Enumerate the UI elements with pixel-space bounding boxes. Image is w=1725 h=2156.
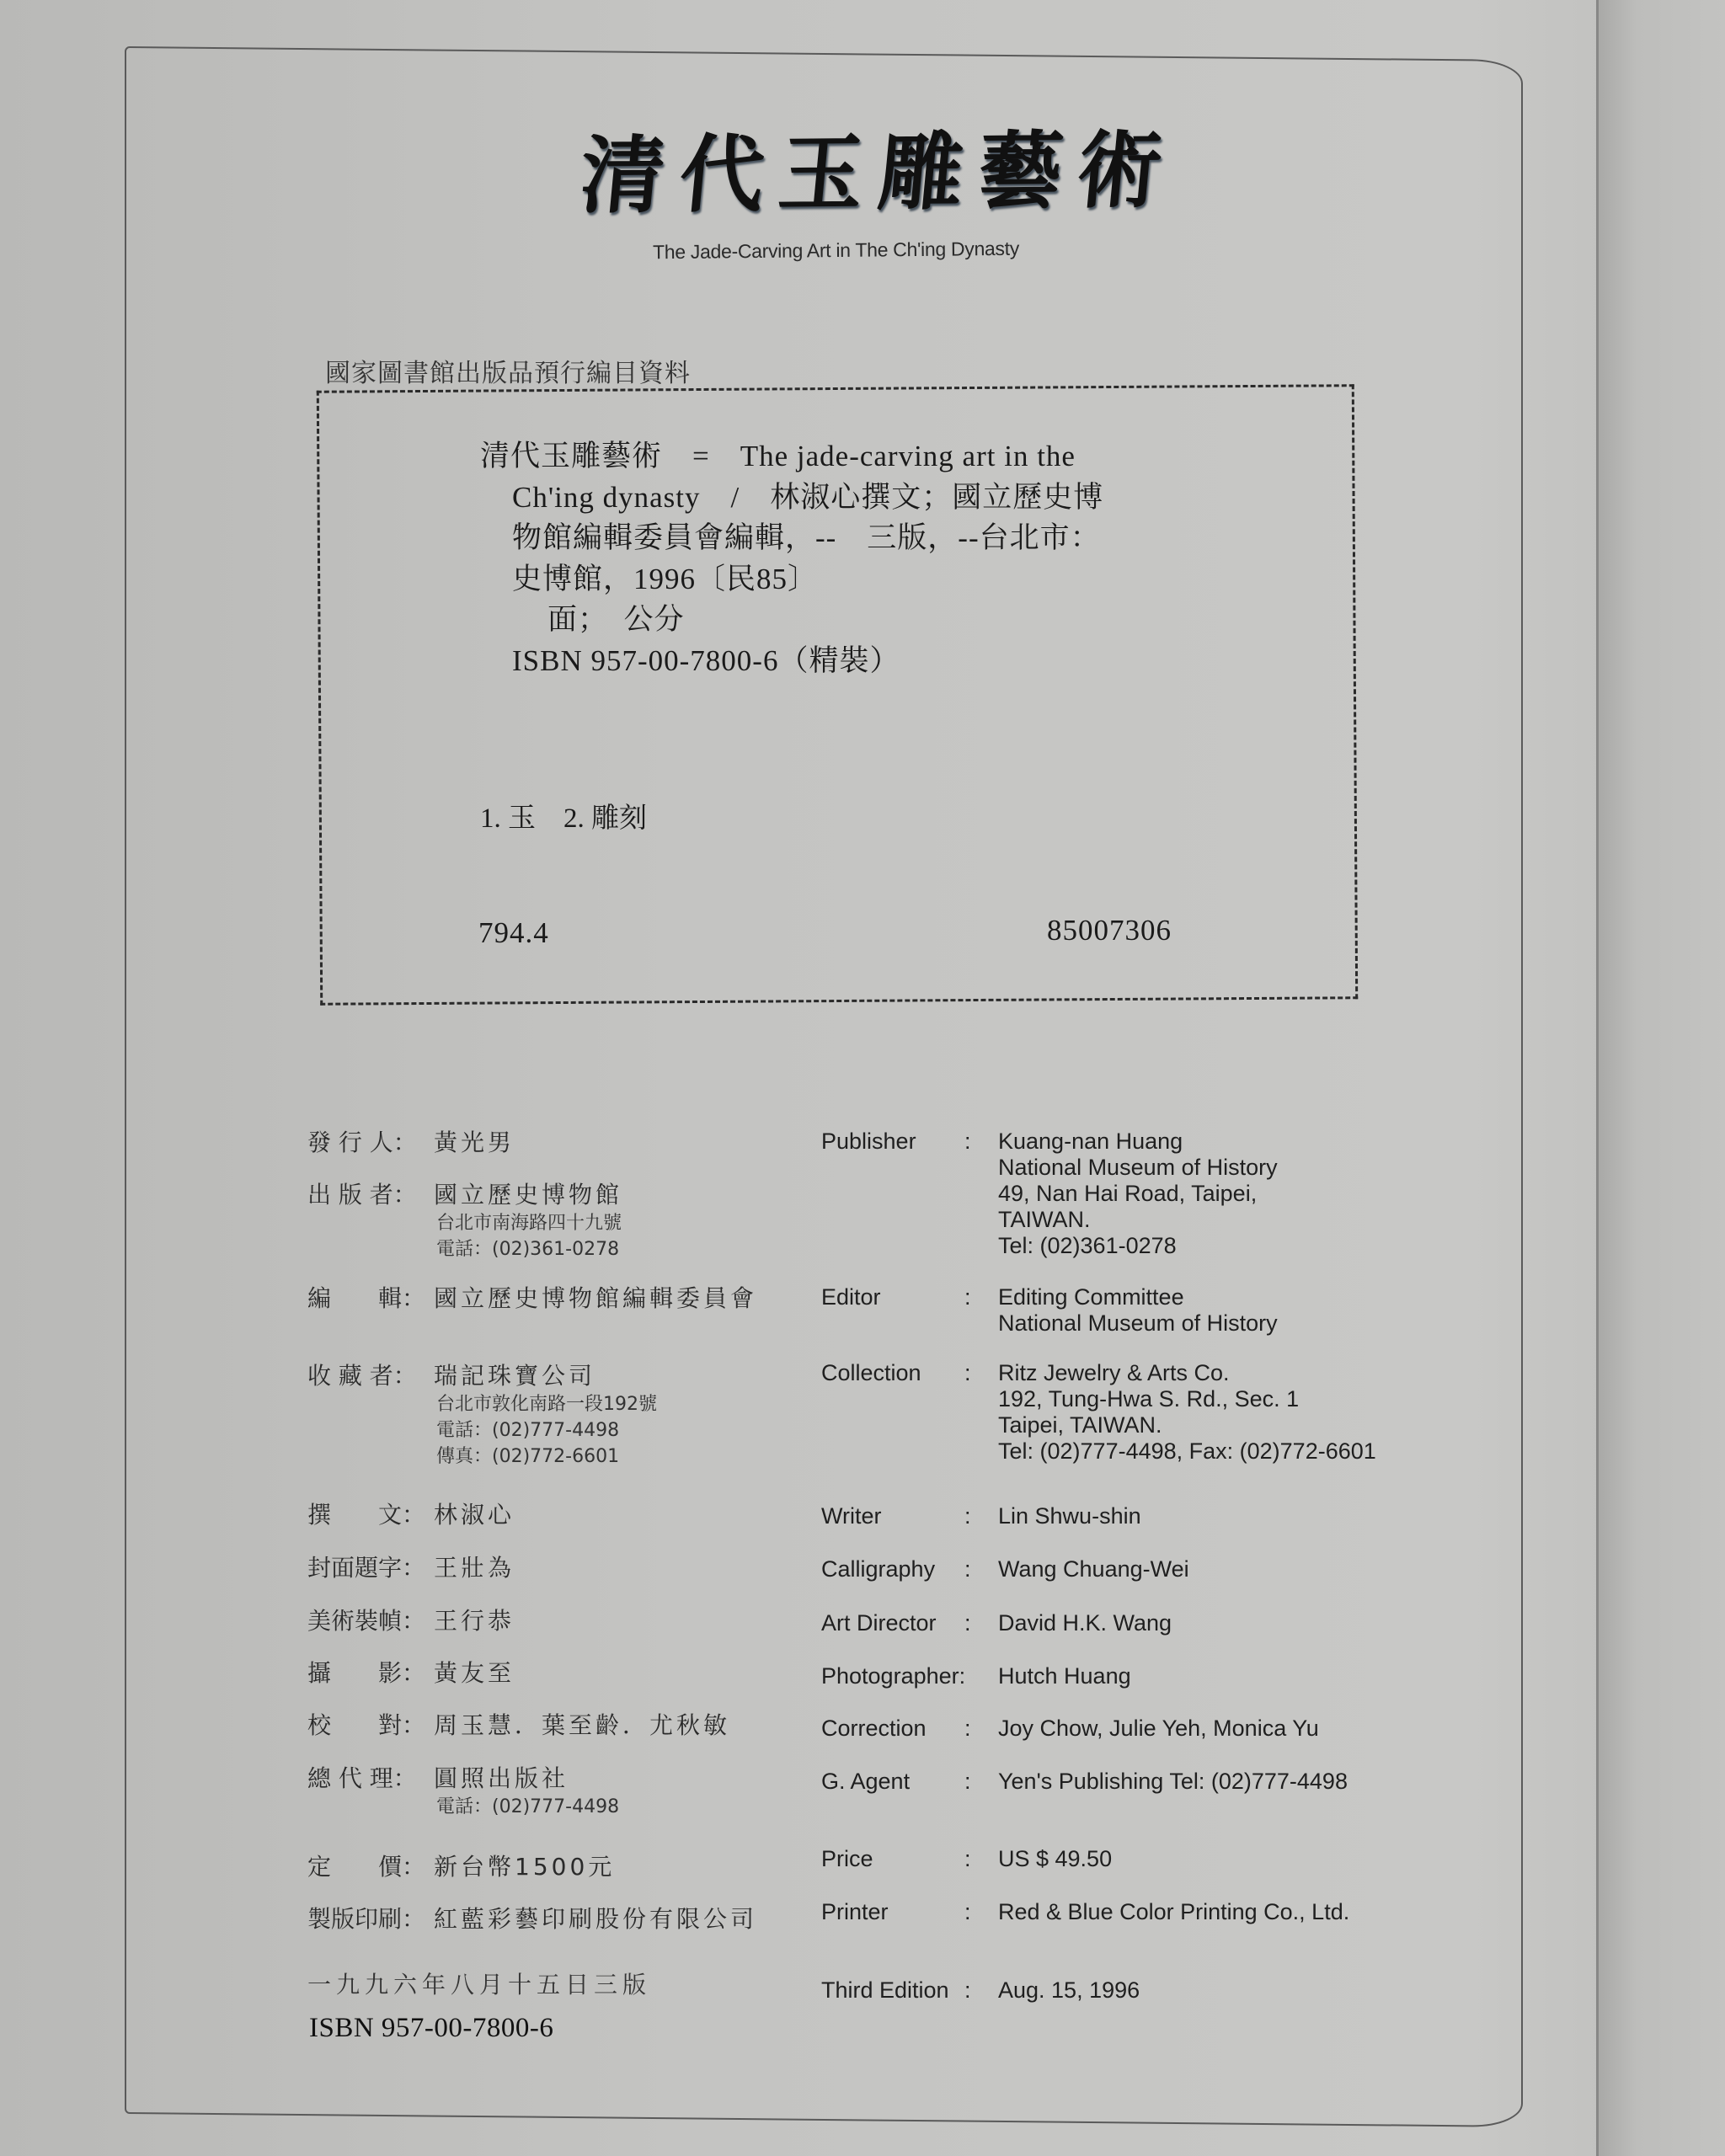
facing-page xyxy=(1599,0,1725,2156)
credit-label: 封面題字： xyxy=(307,1550,434,1583)
credit-row-zh: 編 輯：國立歷史博物館編輯委員會 xyxy=(307,1280,757,1314)
credit-label: Collection xyxy=(821,1360,964,1386)
credit-label: Price xyxy=(821,1846,964,1872)
credit-subline: 台北市南海路四十九號 xyxy=(307,1210,622,1236)
credit-label: 收 藏 者： xyxy=(307,1358,434,1391)
cip-line: ISBN 957-00-7800-6（精裝） xyxy=(480,641,1204,682)
credit-value: Hutch Huang xyxy=(998,1663,1131,1689)
credit-label: Art Director xyxy=(821,1610,964,1636)
credit-colon: : xyxy=(964,1556,971,1582)
credit-value: Kuang-nan HuangNational Museum of Histor… xyxy=(998,1129,1278,1259)
credit-value-line: Red & Blue Color Printing Co., Ltd. xyxy=(998,1899,1349,1925)
credit-colon: : xyxy=(964,1503,971,1529)
credit-value: 新台幣1500元 xyxy=(434,1853,615,1881)
credit-subline: 電話：(02)777-4498 xyxy=(307,1794,619,1820)
credit-value-line: Tel: (02)777-4498, Fax: (02)772-6601 xyxy=(998,1438,1376,1465)
cip-line: 清代玉雕藝術 = The jade-carving art in the xyxy=(480,436,1204,478)
credit-label: 製版印刷： xyxy=(307,1901,434,1935)
credit-colon: : xyxy=(964,1284,971,1310)
credit-row-zh: 製版印刷：紅藍彩藝印刷股份有限公司 xyxy=(307,1901,757,1935)
credit-value: Lin Shwu-shin xyxy=(998,1503,1141,1529)
cip-record: 清代玉雕藝術 = The jade-carving art in the Ch'… xyxy=(480,436,1204,681)
credit-label: 攝 影： xyxy=(307,1655,434,1689)
credit-value-line: Editing Committee xyxy=(998,1284,1278,1310)
credit-label: 定 價： xyxy=(307,1849,434,1882)
credit-value-line: Kuang-nan Huang xyxy=(998,1129,1278,1155)
credit-row-zh: 定 價：新台幣1500元 xyxy=(307,1849,615,1882)
credit-value-line: Aug. 15, 1996 xyxy=(998,1977,1140,2004)
credit-value: David H.K. Wang xyxy=(998,1610,1172,1636)
credit-label: Photographer: xyxy=(821,1663,964,1689)
page-edge xyxy=(1596,0,1599,2156)
credit-value-line: Yen's Publishing Tel: (02)777-4498 xyxy=(998,1769,1348,1795)
credit-value: 周玉慧．葉至齡．尤秋敏 xyxy=(434,1711,730,1739)
credit-colon: : xyxy=(964,1610,971,1636)
credit-subline: 台北市敦化南路一段192號 xyxy=(307,1391,657,1417)
credit-value: Joy Chow, Julie Yeh, Monica Yu xyxy=(998,1716,1319,1742)
credit-label: 發 行 人： xyxy=(307,1124,434,1158)
credit-value-line: Hutch Huang xyxy=(998,1663,1131,1689)
credit-label: Calligraphy xyxy=(821,1556,964,1582)
credit-colon: : xyxy=(964,1899,971,1925)
credit-value-line: 192, Tung-Hwa S. Rd., Sec. 1 xyxy=(998,1386,1376,1412)
credit-label: 總 代 理： xyxy=(307,1760,434,1794)
edition-date-chinese: 一九九六年八月十五日三版 xyxy=(307,1967,651,2000)
credit-row-zh: 校 對：周玉慧．葉至齡．尤秋敏 xyxy=(307,1707,730,1741)
credit-colon: : xyxy=(964,1846,971,1872)
credit-row-zh: 撰 文：林淑心 xyxy=(307,1497,515,1530)
credit-value-line: Joy Chow, Julie Yeh, Monica Yu xyxy=(998,1716,1319,1742)
credit-label: 編 輯： xyxy=(307,1280,434,1314)
credit-value: Yen's Publishing Tel: (02)777-4498 xyxy=(998,1769,1348,1795)
credit-label: Editor xyxy=(821,1284,964,1310)
cip-line: Ch'ing dynasty / 林淑心撰文；國立歷史博 xyxy=(480,478,1204,519)
credit-colon: : xyxy=(964,1129,971,1155)
credit-value-line: National Museum of History xyxy=(998,1155,1278,1181)
credit-row-zh: 美術裝幀：王行恭 xyxy=(307,1603,515,1636)
credit-value-line: Tel: (02)361-0278 xyxy=(998,1233,1278,1259)
calligraphy-title: 清代玉雕藝術 xyxy=(575,102,1151,229)
credit-subline: 傳真：(02)772-6601 xyxy=(307,1444,657,1470)
cip-subjects: 1. 玉 2. 雕刻 xyxy=(480,796,647,835)
credit-value-line: Taipei, TAIWAN. xyxy=(998,1412,1376,1438)
credit-value-line: David H.K. Wang xyxy=(998,1610,1172,1636)
cip-heading: 國家圖書館出版品預行編目資料 xyxy=(325,352,691,389)
credit-label: 撰 文： xyxy=(307,1497,434,1530)
credit-value: 圓照出版社 xyxy=(434,1764,569,1792)
credit-row-zh: 總 代 理：圓照出版社電話：(02)777-4498 xyxy=(307,1760,619,1820)
credit-label: 校 對： xyxy=(307,1707,434,1741)
credit-colon: : xyxy=(964,1360,971,1386)
isbn: ISBN 957-00-7800-6 xyxy=(309,2013,553,2044)
credit-colon: : xyxy=(964,1769,971,1795)
credit-value: 黃友至 xyxy=(434,1659,515,1687)
credit-colon: : xyxy=(964,1977,971,2004)
credit-label: 出 版 者： xyxy=(307,1177,434,1210)
credit-value-line: Wang Chuang-Wei xyxy=(998,1556,1189,1582)
credit-row-zh: 出 版 者：國立歷史博物館台北市南海路四十九號電話：(02)361-0278 xyxy=(307,1177,622,1262)
credit-label: Publisher xyxy=(821,1129,964,1155)
credit-row-zh: 收 藏 者：瑞記珠寶公司台北市敦化南路一段192號電話：(02)777-4498… xyxy=(307,1358,657,1470)
english-title: The Jade-Carving Art in The Ch'ing Dynas… xyxy=(653,237,1019,264)
cip-line: 史博館，1996〔民85〕 xyxy=(480,559,1204,600)
cip-line: 物館編輯委員會編輯，-- 三版，--台北市： xyxy=(480,518,1204,559)
credit-value: US $ 49.50 xyxy=(998,1846,1112,1872)
credit-value: 王行恭 xyxy=(434,1607,515,1635)
credit-label: Correction xyxy=(821,1716,964,1742)
cip-line: 面； 公分 xyxy=(480,600,1204,641)
credit-colon: : xyxy=(964,1716,971,1742)
credit-value-line: US $ 49.50 xyxy=(998,1846,1112,1872)
credit-value-line: 49, Nan Hai Road, Taipei, xyxy=(998,1181,1278,1207)
credit-row-zh: 攝 影：黃友至 xyxy=(307,1655,515,1689)
credit-value: 國立歷史博物館編輯委員會 xyxy=(434,1284,757,1312)
credit-label: Third Edition xyxy=(821,1977,964,2004)
credit-subline: 電話：(02)777-4498 xyxy=(307,1417,657,1444)
cip-classification: 794.4 xyxy=(478,916,549,950)
credit-value-line: Lin Shwu-shin xyxy=(998,1503,1141,1529)
credit-row-zh: 發 行 人：黃光男 xyxy=(307,1124,515,1158)
credit-value-line: TAIWAN. xyxy=(998,1207,1278,1233)
credit-row-zh: 封面題字：王壯為 xyxy=(307,1550,515,1583)
cip-record-number: 85007306 xyxy=(1047,914,1172,947)
credit-subline: 電話：(02)361-0278 xyxy=(307,1236,622,1262)
credit-value: 王壯為 xyxy=(434,1554,515,1582)
credit-value: 瑞記珠寶公司 xyxy=(434,1362,595,1390)
credit-value: Red & Blue Color Printing Co., Ltd. xyxy=(998,1899,1349,1925)
credit-value: 紅藍彩藝印刷股份有限公司 xyxy=(434,1905,757,1933)
credit-label: Printer xyxy=(821,1899,964,1925)
credit-value: Ritz Jewelry & Arts Co.192, Tung-Hwa S. … xyxy=(998,1360,1376,1465)
credit-value-line: National Museum of History xyxy=(998,1310,1278,1337)
credit-label: Writer xyxy=(821,1503,964,1529)
credit-value: 黃光男 xyxy=(434,1129,515,1156)
credit-value: Editing CommitteeNational Museum of Hist… xyxy=(998,1284,1278,1337)
credit-value: Wang Chuang-Wei xyxy=(998,1556,1189,1582)
credit-value: 林淑心 xyxy=(434,1501,515,1529)
credit-label: 美術裝幀： xyxy=(307,1603,434,1636)
credit-label: G. Agent xyxy=(821,1769,964,1795)
credit-value: 國立歷史博物館 xyxy=(434,1181,622,1209)
credit-value: Aug. 15, 1996 xyxy=(998,1977,1140,2004)
credit-value-line: Ritz Jewelry & Arts Co. xyxy=(998,1360,1376,1386)
